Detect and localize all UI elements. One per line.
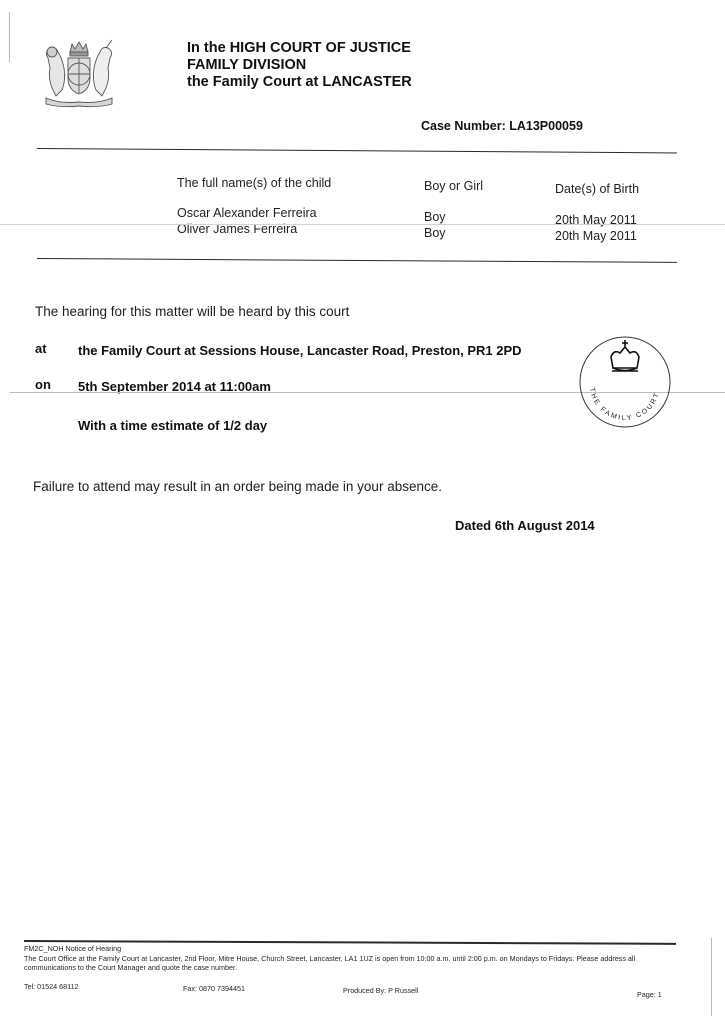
attendance-warning: Failure to attend may result in an order… xyxy=(33,479,442,494)
court-title: In the HIGH COURT OF JUSTICE FAMILY DIVI… xyxy=(187,40,412,91)
child-sex: Boy xyxy=(424,210,446,225)
page-number: Page: 1 xyxy=(637,990,662,1000)
table-divider xyxy=(37,258,677,263)
child-sex: Boy xyxy=(424,226,446,241)
hearing-venue: the Family Court at Sessions House, Lanc… xyxy=(78,343,522,358)
form-code: FM2C_NOH Notice of Hearing xyxy=(24,944,121,954)
column-header-dob: Date(s) of Birth xyxy=(555,182,639,196)
family-court-seal: THE FAMILY COURT xyxy=(578,335,672,429)
at-label: at xyxy=(35,341,47,356)
court-title-line-3: the Family Court at LANCASTER xyxy=(187,74,412,91)
footer-divider xyxy=(24,940,676,944)
royal-coat-of-arms-icon xyxy=(40,38,118,108)
scan-edge-right xyxy=(711,938,712,1016)
hearing-intro: The hearing for this matter will be hear… xyxy=(35,304,349,319)
office-info-line-2: communications to the Court Manager and … xyxy=(24,963,237,973)
dated: Dated 6th August 2014 xyxy=(455,518,595,533)
child-name: Oscar Alexander Ferreira xyxy=(177,206,317,221)
on-label: on xyxy=(35,377,51,392)
column-header-name: The full name(s) of the child xyxy=(177,176,331,190)
case-number: Case Number: LA13P00059 xyxy=(421,119,583,133)
case-number-label: Case Number: xyxy=(421,119,506,133)
svg-text:THE FAMILY COURT: THE FAMILY COURT xyxy=(588,387,661,422)
court-title-line-1: In the HIGH COURT OF JUSTICE xyxy=(187,40,412,57)
case-number-value: LA13P00059 xyxy=(509,119,583,133)
crown-icon xyxy=(611,340,639,371)
scan-line xyxy=(0,224,725,225)
header-divider xyxy=(37,148,677,154)
time-estimate: With a time estimate of 1/2 day xyxy=(78,418,267,433)
column-header-sex: Boy or Girl xyxy=(424,179,483,193)
court-title-line-2: FAMILY DIVISION xyxy=(187,57,412,74)
produced-by: Produced By: P Russell xyxy=(343,986,418,996)
telephone: Tel: 01524 68112 xyxy=(24,982,79,992)
child-dob: 20th May 2011 xyxy=(555,213,637,228)
fax: Fax: 0870 7394451 xyxy=(183,984,245,994)
child-dob: 20th May 2011 xyxy=(555,229,637,244)
scan-edge-left xyxy=(9,12,10,62)
